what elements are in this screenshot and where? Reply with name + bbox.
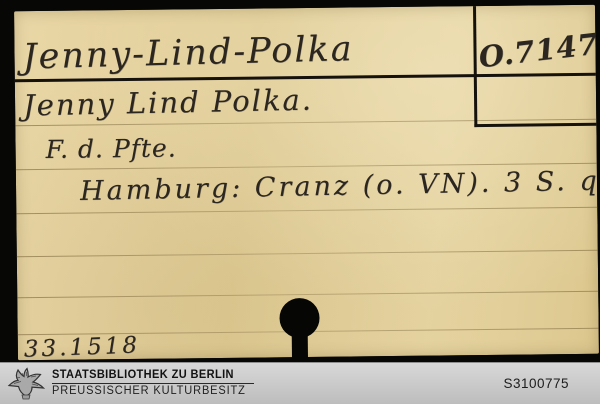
catalog-card: Jenny-Lind-Polka O.71475 Jenny Lind Polk… <box>14 5 599 361</box>
call-number-box-line-vertical <box>473 6 477 127</box>
ruled-line <box>16 207 597 215</box>
accession-number-handwritten: 33.1518 <box>23 332 140 362</box>
library-wordmark: STAATSBIBLIOTHEK ZU BERLIN PREUSSISCHER … <box>52 369 254 398</box>
scan-background: Jenny-Lind-Polka O.71475 Jenny Lind Polk… <box>0 0 600 404</box>
library-subtitle: PREUSSISCHER KULTURBESITZ <box>52 385 246 398</box>
ruled-line <box>17 291 598 299</box>
footer-divider <box>52 383 254 384</box>
call-number-handwritten: O.71475 <box>477 24 600 74</box>
title-handwritten: Jenny Lind Polka. <box>23 83 314 123</box>
instrumentation-handwritten: F. d. Pfte. <box>45 133 176 163</box>
prussian-eagle-icon <box>7 367 45 400</box>
call-number-box-line-horizontal <box>474 123 596 127</box>
imprint-handwritten: Hamburg: Cranz (o. VN). 3 S. qu. <box>80 165 600 207</box>
ruled-line <box>17 250 598 258</box>
scan-id: S3100775 <box>503 376 569 391</box>
punch-hole <box>279 298 319 338</box>
library-name: STAATSBIBLIOTHEK ZU BERLIN <box>52 369 246 382</box>
footer-bar: STAATSBIBLIOTHEK ZU BERLIN PREUSSISCHER … <box>0 362 600 404</box>
card-heading-handwritten: Jenny-Lind-Polka <box>22 29 354 77</box>
